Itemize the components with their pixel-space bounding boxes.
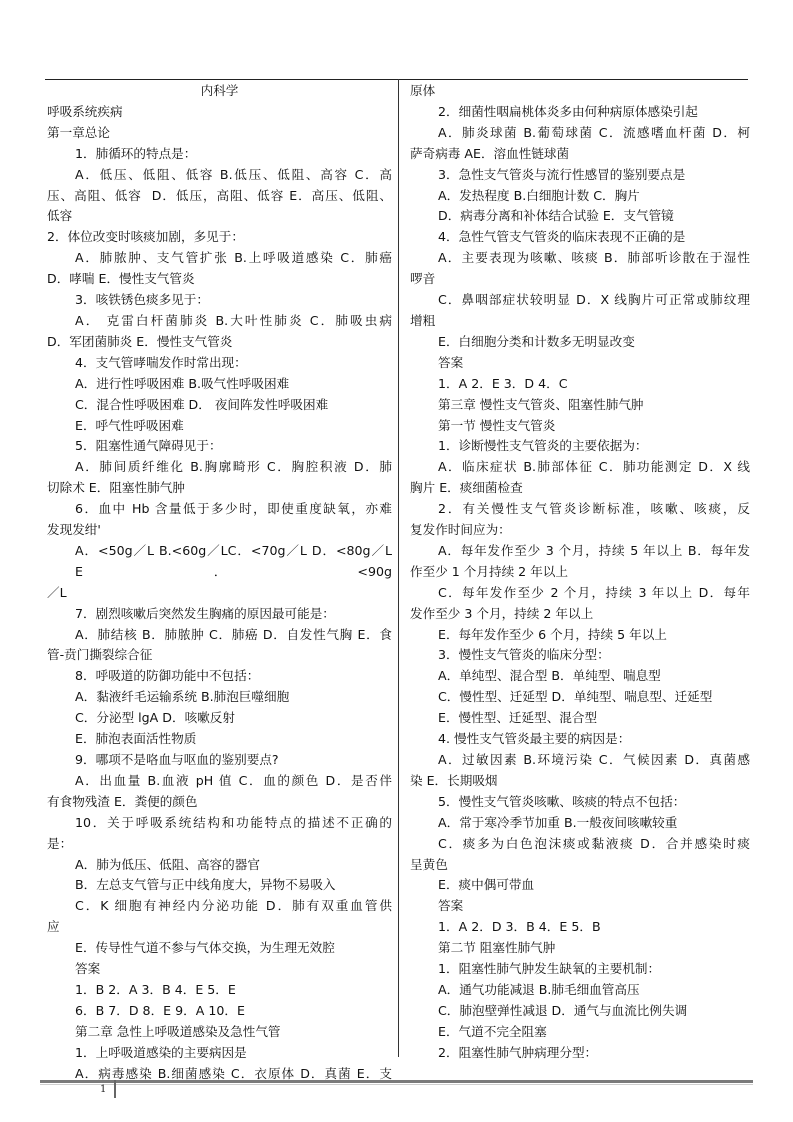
text-line: 3．急性支气管炎与流行性感冒的鉴别要点是	[410, 165, 750, 186]
text-line: D．军团菌肺炎 E．慢性支气管炎	[47, 332, 392, 353]
text-line: 6．血中 Hb 含量低于多少时，即使重度缺氧，亦难	[47, 499, 392, 520]
text-line: 压、高阻、低容 D．低压，高阻、低容 E．高压、低阻、	[47, 186, 392, 207]
column-divider	[398, 79, 399, 1057]
text-line: 6．B 7．D 8．E 9．A 10．E	[47, 1001, 392, 1022]
text-line: A．肺为低压、低阻、高容的器官	[47, 855, 392, 876]
text-line: D．病毒分离和补体结合试验 E．支气管镜	[410, 206, 750, 227]
text-line: 有食物残渣 E．粪便的颜色	[47, 792, 392, 813]
text-line: A．肺间质纤维化 B.胸廓畸形 C．胸腔积液 D．肺	[47, 457, 392, 478]
text-line: 啰音	[410, 269, 750, 290]
text-line: 7．剧烈咳嗽后突然发生胸痛的原因最可能是：	[47, 604, 392, 625]
footer-rule	[40, 1080, 753, 1083]
page-number: 1	[100, 1084, 106, 1095]
text-line: 1．阻塞性肺气肿发生缺氧的主要机制：	[410, 959, 750, 980]
text-line: A．主要表现为咳嗽、咳痰 B．肺部听诊散在于湿性	[410, 248, 750, 269]
text-line: 管-贲门撕裂综合征	[47, 645, 392, 666]
text-line: A．过敏因素 B.环境污染 C．气候因素 D．真菌感	[410, 750, 750, 771]
text-line: 染 E．长期吸烟	[410, 771, 750, 792]
text-line: E．呼气性呼吸困难	[47, 416, 392, 437]
text-line: 2．有关慢性支气管炎诊断标准，咳嗽、咳痰，反	[410, 499, 750, 520]
text-line: E．传导性气道不参与气体交换，为生理无效腔	[47, 938, 392, 959]
text-line: A．每年发作至少 3 个月，持续 5 年以上 B．每年发	[410, 541, 750, 562]
text-line: 切除术 E．阻塞性肺气肿	[47, 478, 392, 499]
text-line: 答案	[47, 959, 392, 980]
text-line: A．肺炎球菌 B.葡萄球菌 C．流感嗜血杆菌 D．柯	[410, 123, 750, 144]
text-line: E．每年发作至少 6 个月，持续 5 年以上	[410, 625, 750, 646]
header-rule	[45, 79, 748, 80]
text-line: 2．阻塞性肺气肿病理分型：	[410, 1043, 750, 1064]
text-line: 呈黄色	[410, 855, 750, 876]
text-line: 第二章 急性上呼吸道感染及急性气管	[47, 1022, 392, 1043]
text-line: A．<50g／L B.<60g／LC．<70g／L D．<80g／LE．<90g	[47, 541, 392, 583]
text-line: A．发热程度 B.白细胞计数 C．胸片	[410, 186, 750, 207]
text-line: 1．上呼吸道感染的主要病因是	[47, 1043, 392, 1064]
text-line: 复发作时间应为：	[410, 520, 750, 541]
footer-rule-light	[40, 1084, 753, 1085]
text-line: 胸片 E．痰细菌检查	[410, 478, 750, 499]
text-line: A．出血量 B.血液 pH 值 C．血的颜色 D．是否伴	[47, 771, 392, 792]
page-number-separator	[114, 1080, 116, 1098]
text-line: 呼吸系统疾病	[47, 102, 392, 123]
text-line: ／L	[47, 583, 392, 604]
text-line: C．肺泡壁弹性减退 D．通气与血流比例失调	[410, 1001, 750, 1022]
left-text-column: 内科学呼吸系统疾病第一章总论1．肺循环的特点是：A．低压、低阻、低容 B.低压、…	[47, 81, 392, 1085]
text-line: 5．阻塞性通气障碍见于：	[47, 436, 392, 457]
text-line: C．慢性型、迁延型 D．单纯型、喘息型、迁延型	[410, 687, 750, 708]
right-text-column: 原体2．细菌性咽扁桃体炎多由何种病原体感染引起A．肺炎球菌 B.葡萄球菌 C．流…	[410, 81, 750, 1064]
text-line: A．肺脓肿、支气管扩张 B.上呼吸道感染 C．肺癌	[47, 248, 392, 269]
text-line: C．混合性呼吸困难 D． 夜间阵发性呼吸困难	[47, 395, 392, 416]
text-line: E．白细胞分类和计数多无明显改变	[410, 332, 750, 353]
text-line: 增粗	[410, 311, 750, 332]
text-line: 9．哪项不是咯血与呕血的鉴别要点?	[47, 750, 392, 771]
text-line: E．慢性型、迁延型、混合型	[410, 708, 750, 729]
text-line: 发现发绀'	[47, 520, 392, 541]
text-line: 1．肺循环的特点是：	[47, 144, 392, 165]
text-line: 第二节 阻塞性肺气肿	[410, 938, 750, 959]
text-line: 是：	[47, 834, 392, 855]
text-line: E．肺泡表面活性物质	[47, 729, 392, 750]
text-line: C．分泌型 lgA D．咳嗽反射	[47, 708, 392, 729]
text-line: 4. 慢性支气管炎最主要的病因是：	[410, 729, 750, 750]
text-line: 4．急性气管支气管炎的临床表现不正确的是	[410, 227, 750, 248]
text-line: 1．B 2．A 3．B 4．E 5．E	[47, 980, 392, 1001]
text-line: A．肺结核 B．肺脓肿 C．肺癌 D．自发性气胸 E．食	[47, 625, 392, 646]
text-line: 3．慢性支气管炎的临床分型：	[410, 645, 750, 666]
text-line: A．单纯型、混合型 B．单纯型、喘息型	[410, 666, 750, 687]
text-line: 发作至少 3 个月，持续 2 年以上	[410, 604, 750, 625]
text-line: 1．诊断慢性支气管炎的主要依据为：	[410, 436, 750, 457]
text-line: E．气道不完全阻塞	[410, 1022, 750, 1043]
text-line: 1．A 2．D 3．B 4．E 5．B	[410, 917, 750, 938]
text-line: 答案	[410, 353, 750, 374]
text-line: 4．支气管哮喘发作时常出现：	[47, 353, 392, 374]
text-line: C．K 细胞有神经内分泌功能 D．肺有双重血管供	[47, 896, 392, 917]
text-line: C．痰多为白色泡沫痰或黏液痰 D．合并感染时痰	[410, 834, 750, 855]
text-line: 萨奇病毒 AE．溶血性链球菌	[410, 144, 750, 165]
text-line: A．低压、低阻、低容 B.低压、低阻、高容 C．高	[47, 165, 392, 186]
text-line: A．通气功能减退 B.肺毛细血管高压	[410, 980, 750, 1001]
text-line: B．左总支气管与正中线角度大，异物不易吸入	[47, 875, 392, 896]
text-line: 作至少 1 个月持续 2 年以上	[410, 562, 750, 583]
text-line: 应	[47, 917, 392, 938]
text-line: 10．关于呼吸系统结构和功能特点的描述不正确的	[47, 813, 392, 834]
text-line: 原体	[410, 81, 750, 102]
text-line: C．鼻咽部症状较明显 D．X 线胸片可正常或肺纹理	[410, 290, 750, 311]
text-line: 5．慢性支气管炎咳嗽、咳痰的特点不包括：	[410, 792, 750, 813]
text-line: 第三章 慢性支气管炎、阻塞性肺气肿	[410, 395, 750, 416]
text-line: A．临床症状 B.肺部体征 C．肺功能测定 D．X 线	[410, 457, 750, 478]
text-line: E．痰中偶可带血	[410, 875, 750, 896]
text-line: 第一节 慢性支气管炎	[410, 416, 750, 437]
text-line: A．常于寒冷季节加重 B.一般夜间咳嗽较重	[410, 813, 750, 834]
text-line: A．进行性呼吸困难 B.吸气性呼吸困难	[47, 374, 392, 395]
text-line: 3．咳铁锈色痰多见于：	[47, 290, 392, 311]
text-line: A．黏液纤毛运输系统 B.肺泡巨噬细胞	[47, 687, 392, 708]
text-line: 2．细菌性咽扁桃体炎多由何种病原体感染引起	[410, 102, 750, 123]
text-line: 1．A 2．E 3．D 4．C	[410, 374, 750, 395]
text-line: 2．体位改变时咳痰加剧，多见于：	[47, 227, 392, 248]
text-line: 第一章总论	[47, 123, 392, 144]
text-line: 低容	[47, 206, 392, 227]
text-line: C．每年发作至少 2 个月，持续 3 年以上 D．每年	[410, 583, 750, 604]
text-line: D．哮喘 E．慢性支气管炎	[47, 269, 392, 290]
text-line: A． 克雷白杆菌肺炎 B.大叶性肺炎 C．肺吸虫病	[47, 311, 392, 332]
text-line: 答案	[410, 896, 750, 917]
text-line: 内科学	[47, 81, 392, 102]
text-line: 8．呼吸道的防御功能中不包括：	[47, 666, 392, 687]
